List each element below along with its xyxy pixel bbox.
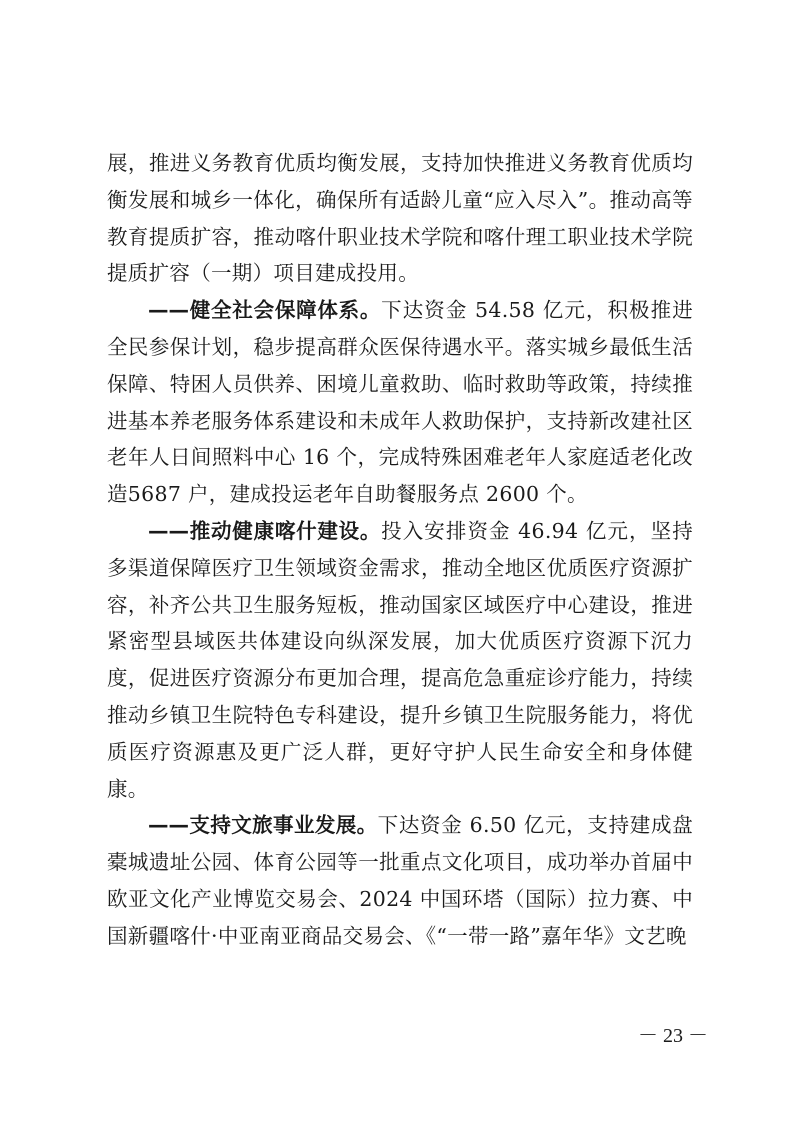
paragraph-education-continued: 展，推进义务教育优质均衡发展，支持加快推进义务教育优质均衡发展和城乡一体化，确保… — [107, 145, 693, 292]
paragraph-text: 投入安排资金 46.94 亿元，坚持多渠道保障医疗卫生领域资金需求，推动全地区优… — [107, 519, 693, 801]
paragraph-text: 下达资金 54.58 亿元，积极推进全民参保计划，稳步提高群众医保待遇水平。落实… — [107, 298, 693, 506]
paragraph-text: 展，推进义务教育优质均衡发展，支持加快推进义务教育优质均衡发展和城乡一体化，确保… — [107, 151, 693, 285]
paragraph-healthy-kashgar: ——推动健康喀什建设。投入安排资金 46.94 亿元，坚持多渠道保障医疗卫生领域… — [107, 513, 693, 807]
section-heading: ——推动健康喀什建设。 — [148, 519, 381, 543]
document-body: 展，推进义务教育优质均衡发展，支持加快推进义务教育优质均衡发展和城乡一体化，确保… — [107, 145, 693, 955]
paragraph-social-security: ——健全社会保障体系。下达资金 54.58 亿元，积极推进全民参保计划，稳步提高… — [107, 292, 693, 513]
paragraph-culture-tourism: ——支持文旅事业发展。下达资金 6.50 亿元，支持建成盘橐城遗址公园、体育公园… — [107, 807, 693, 954]
section-heading: ——健全社会保障体系。 — [148, 298, 381, 322]
section-heading: ——支持文旅事业发展。 — [148, 813, 378, 837]
page-number: － 23 － — [638, 1019, 708, 1048]
